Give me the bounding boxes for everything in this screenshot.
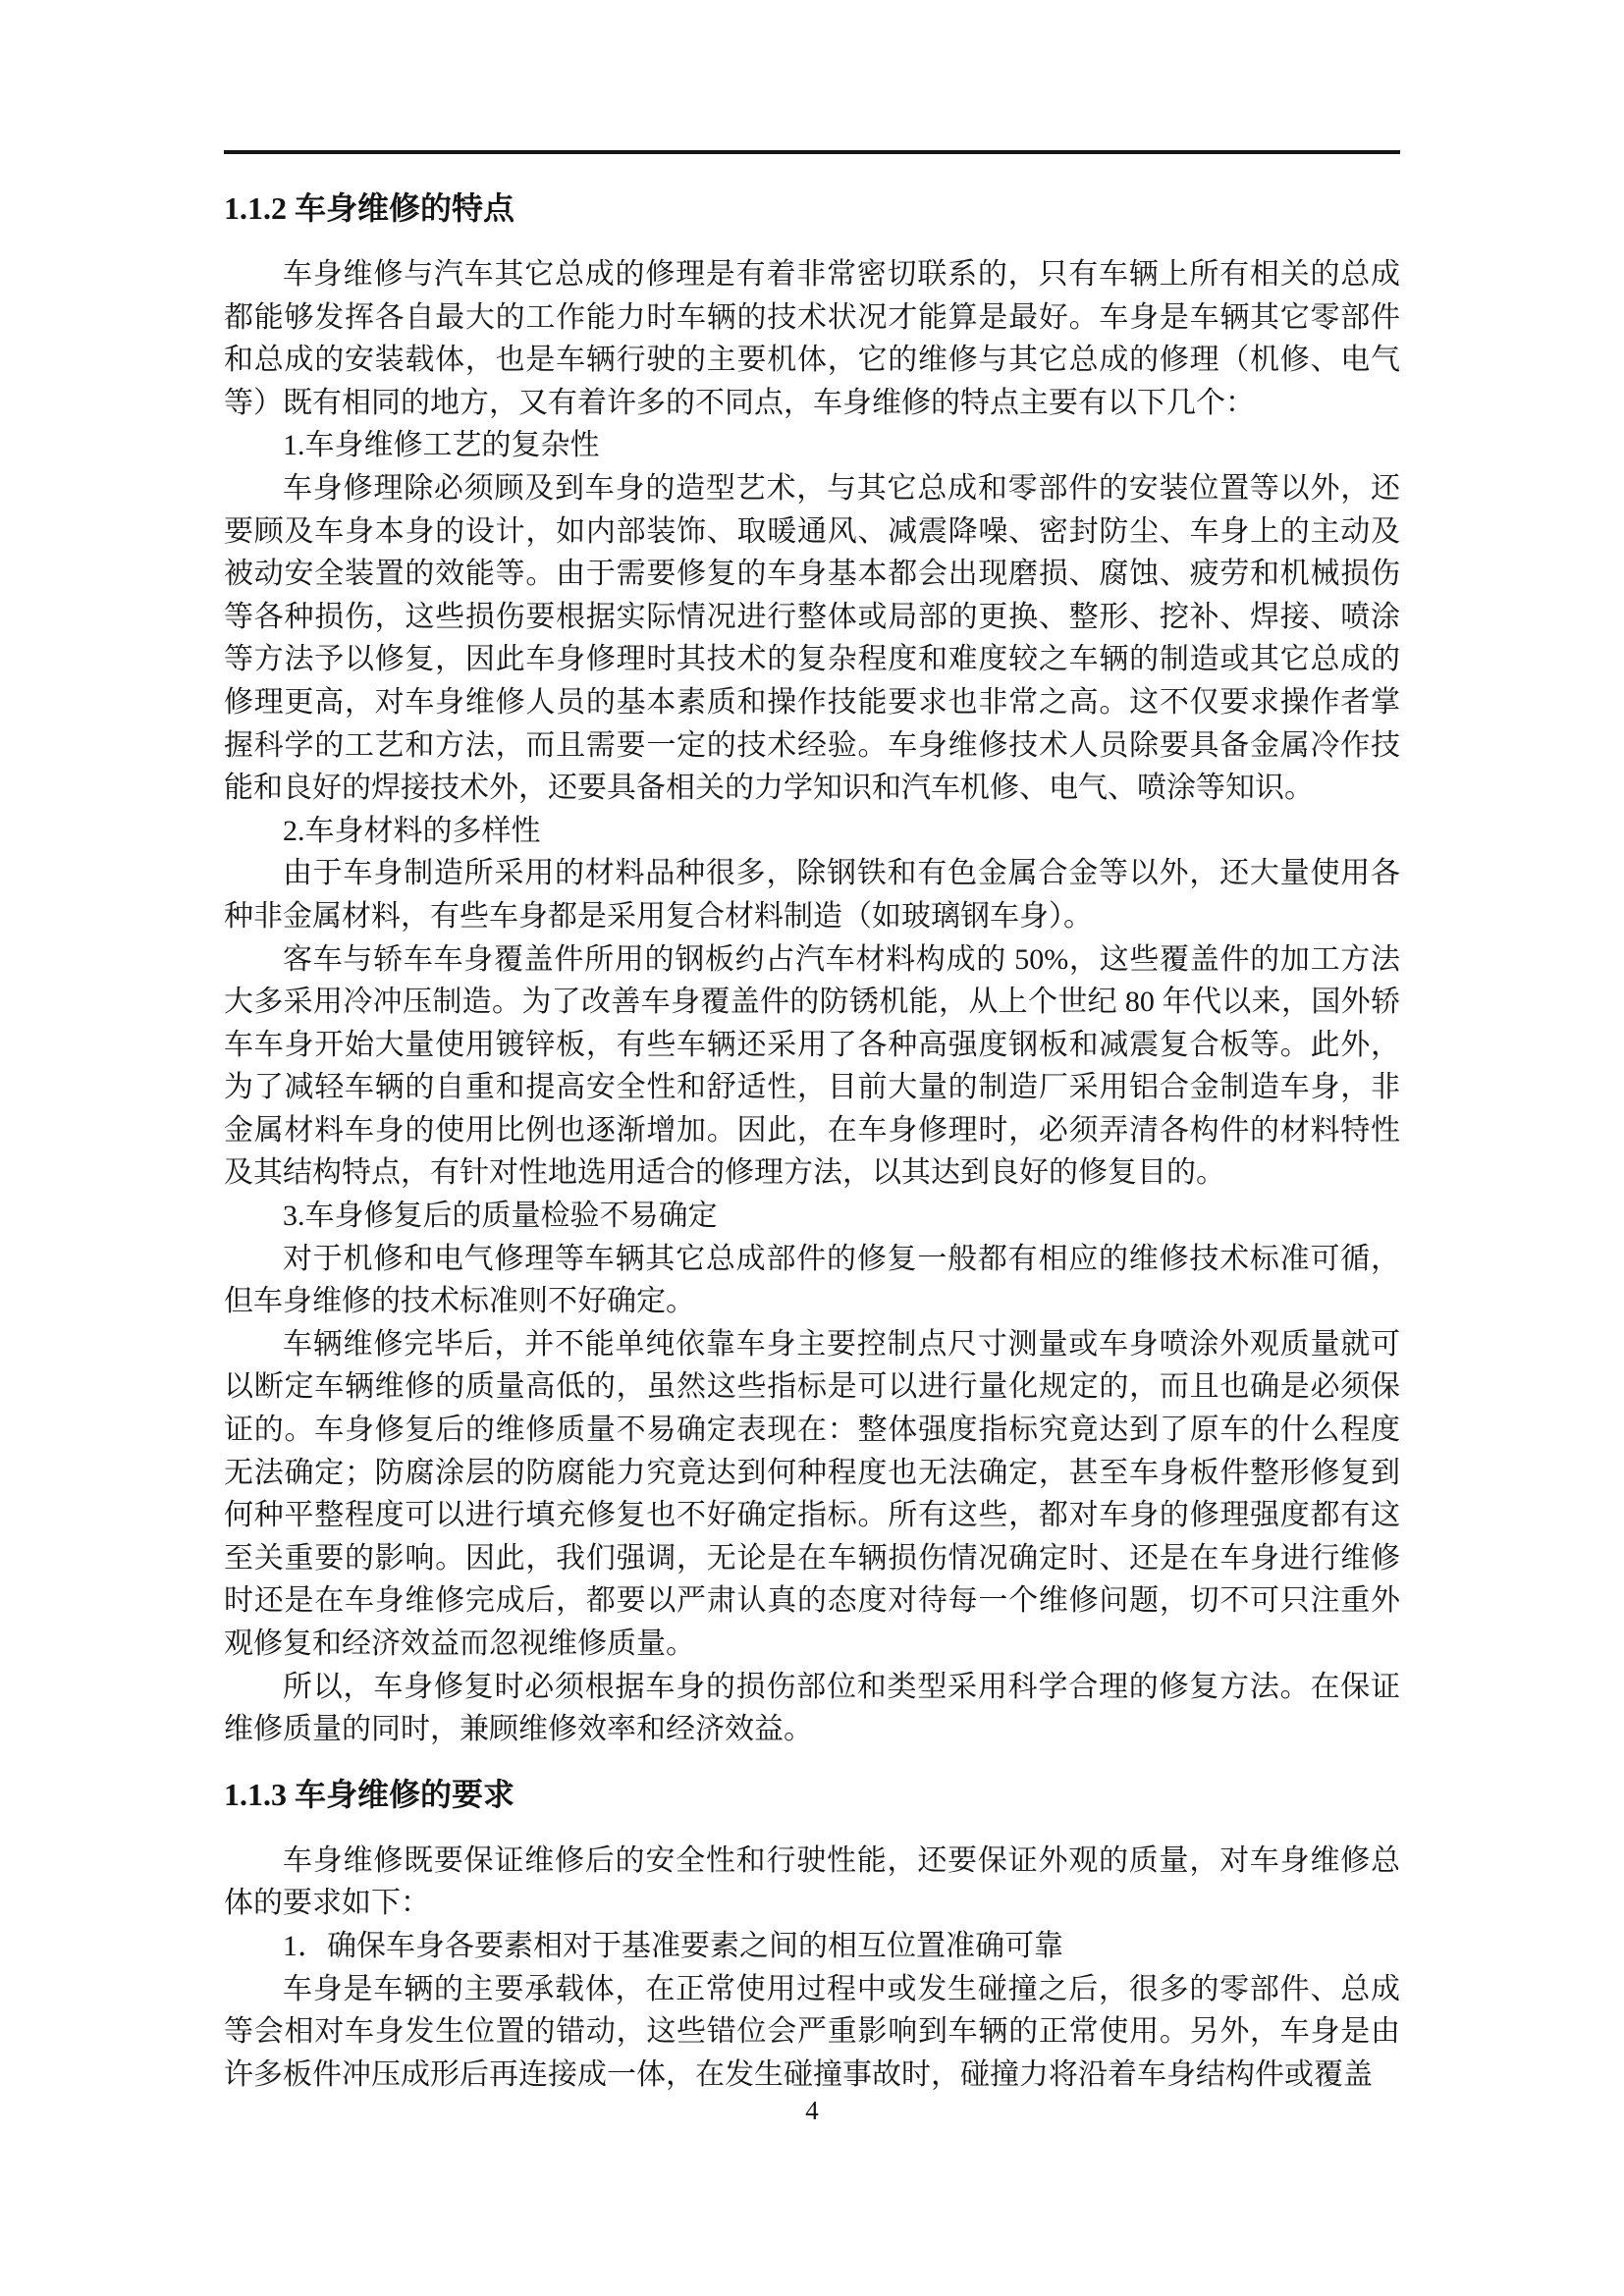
page-number: 4	[0, 2095, 1624, 2126]
paragraph: 车身修理除必须顾及到车身的造型艺术，与其它总成和零部件的安装位置等以外，还要顾及…	[224, 467, 1400, 810]
paragraph: 车身维修与汽车其它总成的修理是有着非常密切联系的，只有车辆上所有相关的总成都能够…	[224, 253, 1400, 424]
paragraph: 由于车身制造所采用的材料品种很多，除钢铁和有色金属合金等以外，还大量使用各种非金…	[224, 852, 1400, 937]
paragraph: 车身是车辆的主要承载体，在正常使用过程中或发生碰撞之后，很多的零部件、总成等会相…	[224, 1968, 1400, 2097]
document-page: 1.1.2 车身维修的特点 车身维修与汽车其它总成的修理是有着非常密切联系的，只…	[0, 0, 1624, 2296]
sub-item-position-accuracy: 1．确保车身各要素相对于基准要素之间的相互位置准确可靠	[224, 1925, 1400, 1968]
document-content: 1.1.2 车身维修的特点 车身维修与汽车其它总成的修理是有着非常密切联系的，只…	[224, 185, 1400, 2096]
header-rule	[224, 150, 1400, 154]
sub-heading-quality-check: 3.车身修复后的质量检验不易确定	[224, 1195, 1400, 1238]
sub-heading-complexity: 1.车身维修工艺的复杂性	[224, 424, 1400, 467]
paragraph: 车辆维修完毕后，并不能单纯依靠车身主要控制点尺寸测量或车身喷涂外观质量就可以断定…	[224, 1323, 1400, 1666]
section-heading-1-1-2: 1.1.2 车身维修的特点	[224, 185, 1400, 232]
sub-heading-materials: 2.车身材料的多样性	[224, 810, 1400, 853]
section-heading-1-1-3: 1.1.3 车身维修的要求	[224, 1771, 1400, 1818]
paragraph: 所以，车身修复时必须根据车身的损伤部位和类型采用科学合理的修复方法。在保证维修质…	[224, 1666, 1400, 1751]
paragraph: 客车与轿车车身覆盖件所用的钢板约占汽车材料构成的 50%，这些覆盖件的加工方法大…	[224, 938, 1400, 1196]
paragraph: 对于机修和电气修理等车辆其它总成部件的修复一般都有相应的维修技术标准可循，但车身…	[224, 1238, 1400, 1323]
paragraph: 车身维修既要保证维修后的安全性和行驶性能，还要保证外观的质量，对车身维修总体的要…	[224, 1840, 1400, 1925]
